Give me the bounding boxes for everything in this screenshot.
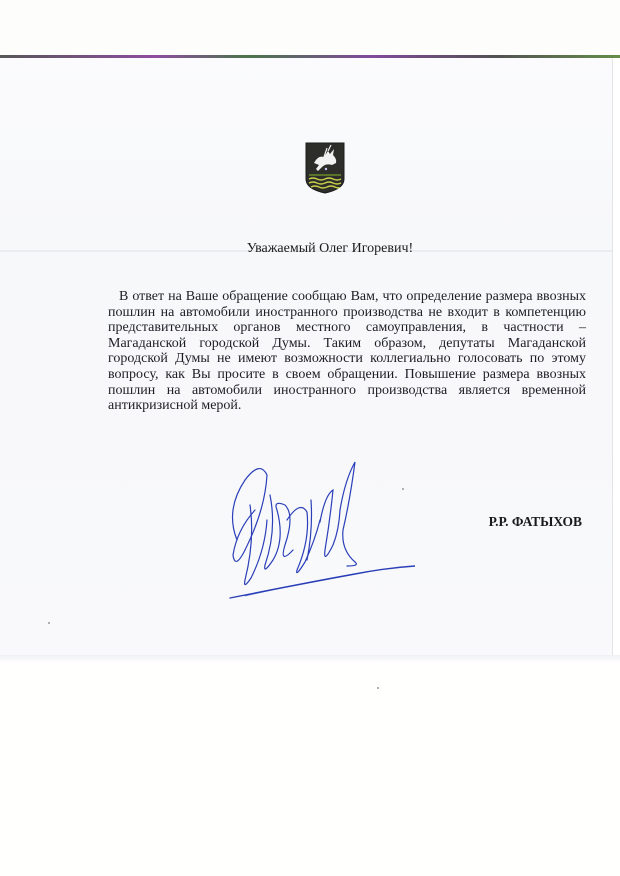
scan-speck (48, 622, 50, 624)
scan-bottom-margin (0, 663, 620, 876)
letter-body-paragraph: В ответ на Ваше обращение сообщаю Вам, ч… (108, 289, 586, 414)
scan-speck (377, 687, 379, 689)
letter-greeting: Уважаемый Олег Игоревич! (0, 241, 620, 257)
signature-scribble-icon (215, 450, 415, 610)
coat-of-arms-emblem (304, 141, 346, 194)
city-coat-of-arms-icon (304, 141, 346, 194)
handwritten-signature (215, 450, 415, 610)
scan-top-margin (0, 0, 620, 56)
paper-fold-shadow (0, 655, 620, 663)
scan-speck (402, 488, 404, 490)
signer-name: Р.Р. ФАТЫХОВ (470, 514, 582, 530)
